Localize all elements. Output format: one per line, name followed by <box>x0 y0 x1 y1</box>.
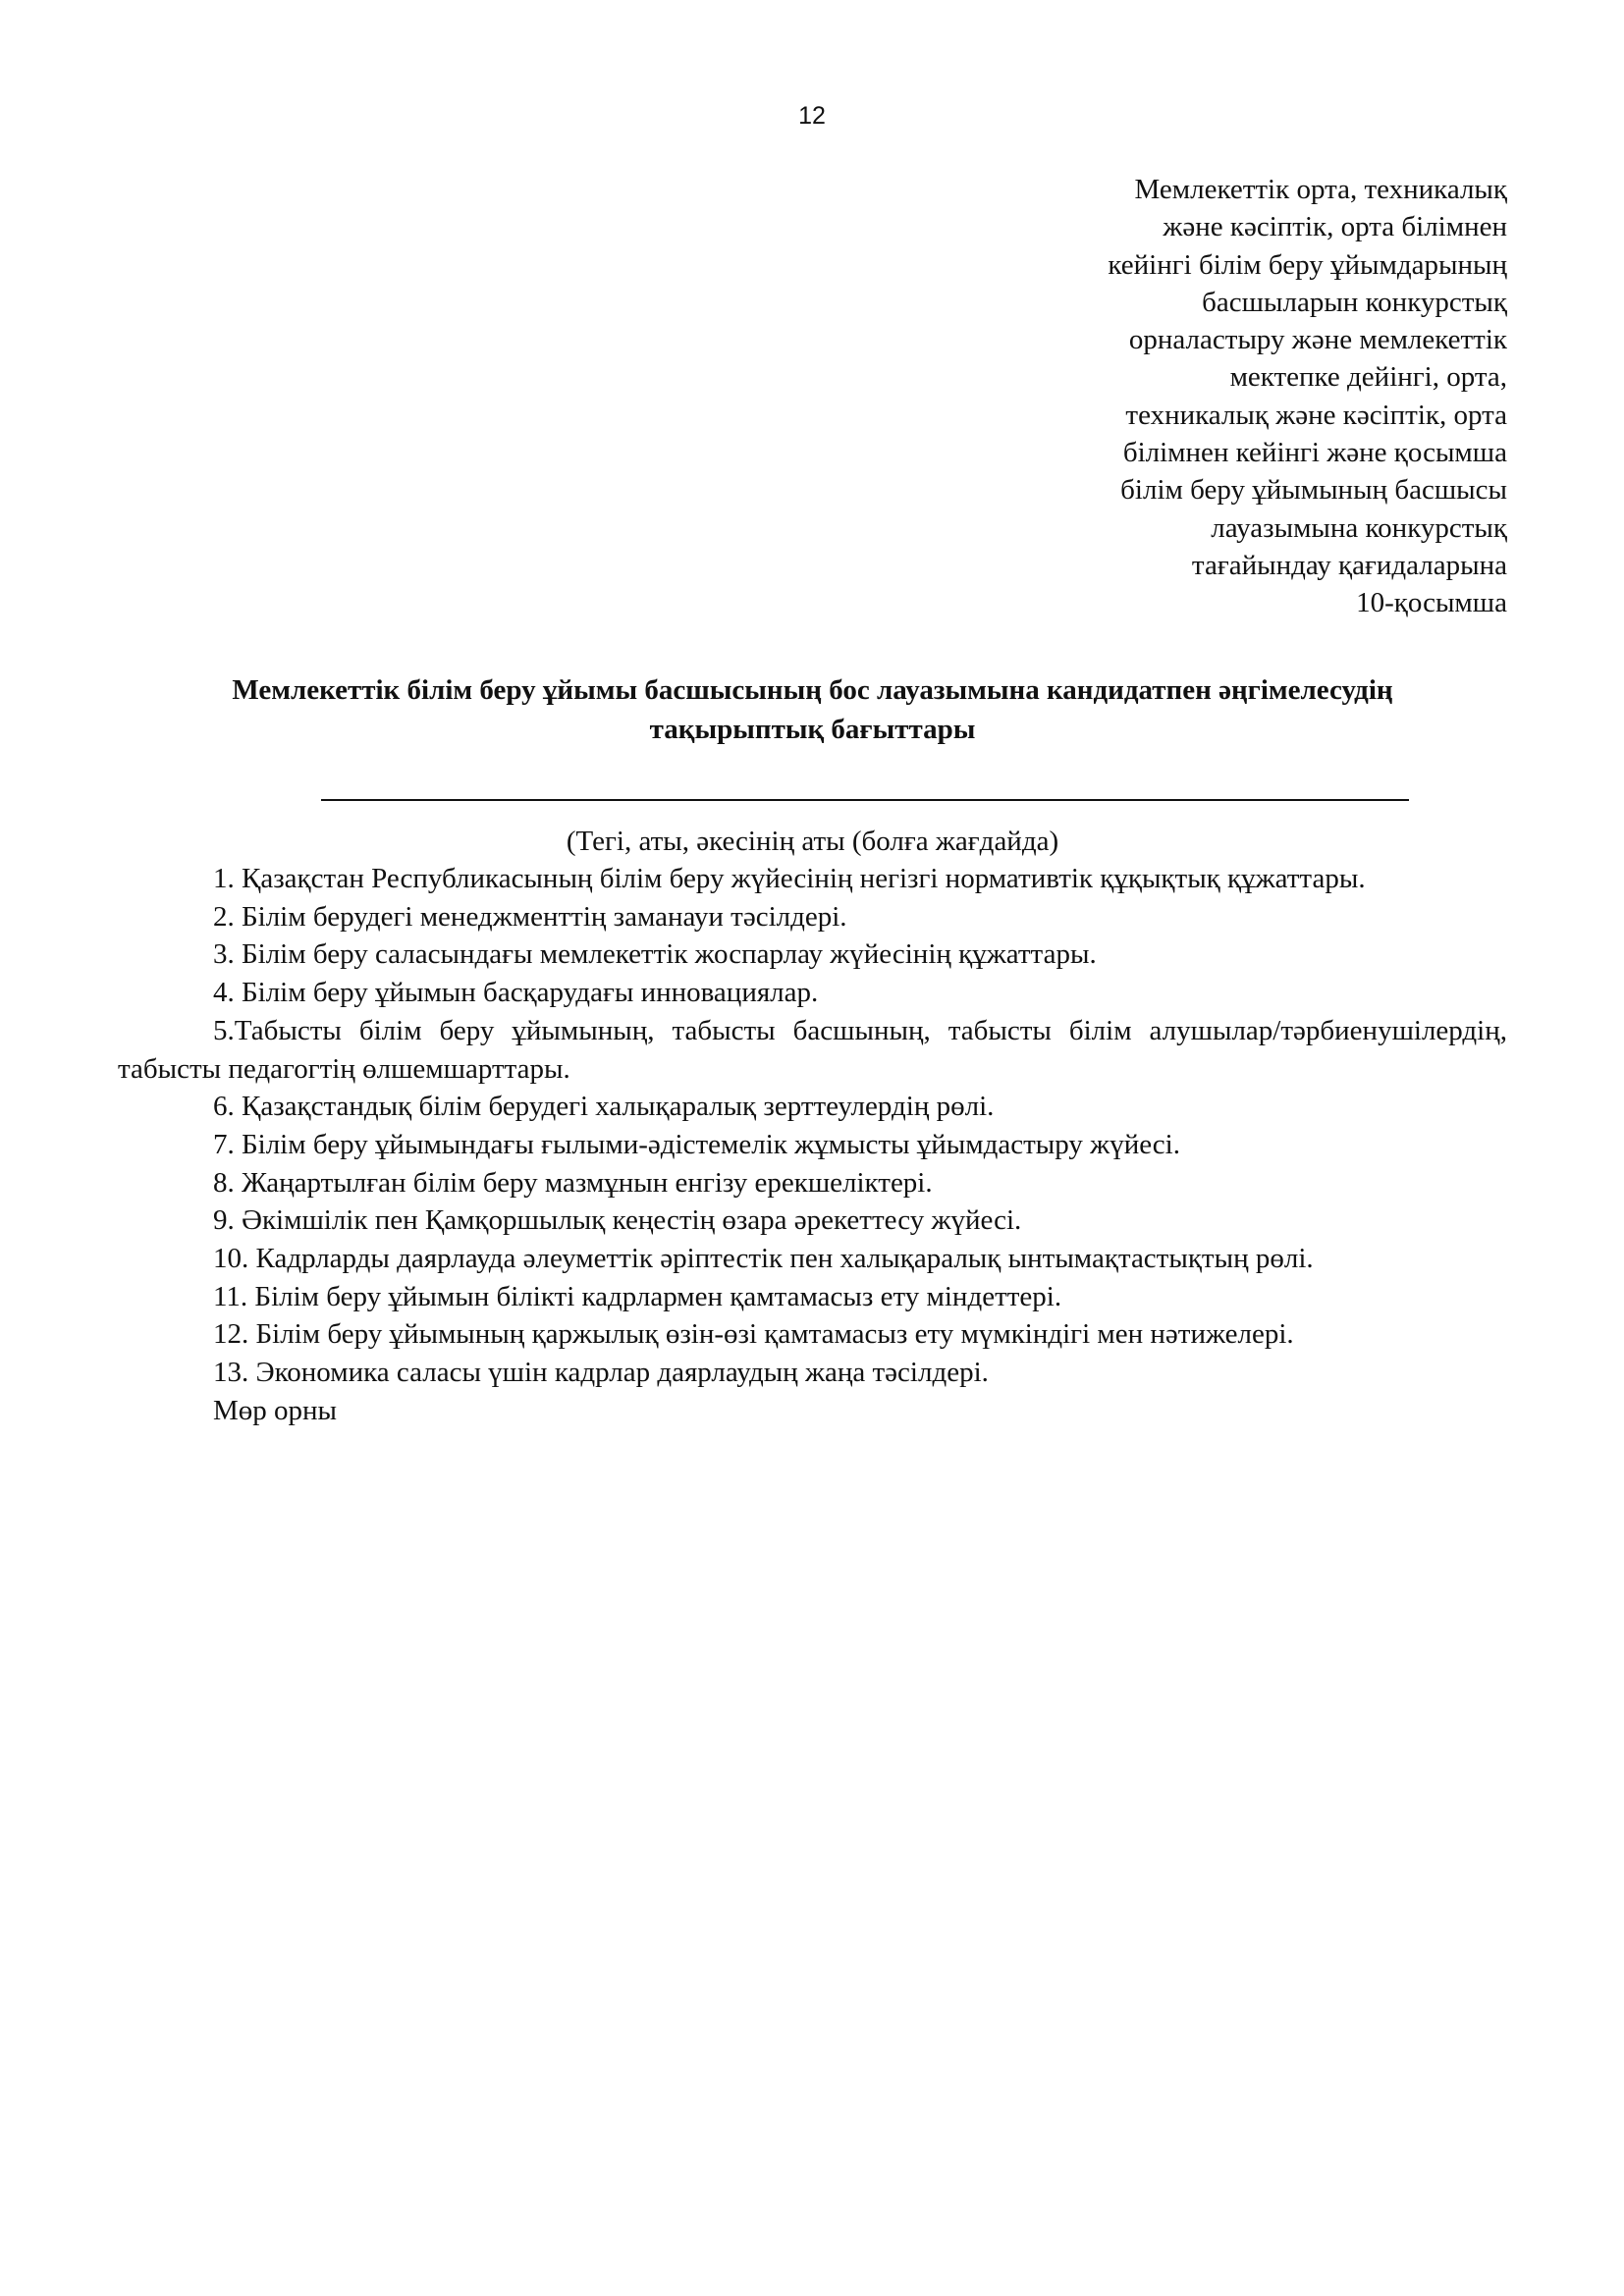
list-item: 5.Табысты білім беру ұйымының, табысты б… <box>118 1012 1507 1088</box>
header-note-line: және кәсіптік, орта білімнен <box>820 208 1507 245</box>
list-item: 2. Білім берудегі менеджменттің заманауи… <box>118 898 1507 936</box>
title-line-2: тақырыптық бағыттары <box>118 710 1507 749</box>
header-note-line: техникалық және кәсіптік, орта <box>820 397 1507 434</box>
name-field-caption: (Тегі, аты, әкесінің аты (болға жағдайда… <box>118 823 1507 860</box>
document-title: Мемлекеттік білім беру ұйымы басшысының … <box>118 670 1507 749</box>
header-note-line: кейінгі білім беру ұйымдарының <box>820 246 1507 284</box>
list-item: 12. Білім беру ұйымының қаржылық өзін-өз… <box>118 1315 1507 1354</box>
list-item: 4. Білім беру ұйымын басқарудағы инновац… <box>118 974 1507 1012</box>
list-item: 13. Экономика саласы үшін кадрлар даярла… <box>118 1354 1507 1392</box>
list-item: 11. Білім беру ұйымын білікті кадрлармен… <box>118 1278 1507 1316</box>
header-note-line: мектепке дейінгі, орта, <box>820 358 1507 396</box>
list-item: 3. Білім беру саласындағы мемлекеттік жо… <box>118 935 1507 974</box>
header-note-line: білімнен кейінгі және қосымша <box>820 434 1507 471</box>
title-line-1: Мемлекеттік білім беру ұйымы басшысының … <box>118 670 1507 710</box>
header-note-line: Мемлекеттік орта, техникалық <box>820 171 1507 208</box>
header-note-line: 10-қосымша <box>820 584 1507 621</box>
name-fill-line <box>321 799 1409 801</box>
header-note-line: тағайындау қағидаларына <box>820 547 1507 584</box>
list-item: 1. Қазақстан Республикасының білім беру … <box>118 860 1507 898</box>
header-note-line: басшыларын конкурстық <box>820 284 1507 321</box>
header-note-line: білім беру ұйымының басшысы <box>820 471 1507 508</box>
header-note-line: лауазымына конкурстық <box>820 509 1507 547</box>
list-item: 8. Жаңартылған білім беру мазмұнын енгіз… <box>118 1164 1507 1202</box>
page-number: 12 <box>0 102 1624 131</box>
list-item: 10. Кадрларды даярлауда әлеуметтік әріпт… <box>118 1240 1507 1278</box>
header-note-line: орналастыру және мемлекеттік <box>820 321 1507 358</box>
appendix-header-note: Мемлекеттік орта, техникалық және кәсіпт… <box>820 171 1507 622</box>
list-item: 7. Білім беру ұйымындағы ғылыми-әдістеме… <box>118 1126 1507 1164</box>
stamp-place-label: Мөр орны <box>118 1392 1507 1430</box>
list-item: 6. Қазақстандық білім берудегі халықарал… <box>118 1088 1507 1126</box>
topic-list: 1. Қазақстан Республикасының білім беру … <box>118 860 1507 1430</box>
list-item: 9. Әкімшілік пен Қамқоршылық кеңестің өз… <box>118 1201 1507 1240</box>
